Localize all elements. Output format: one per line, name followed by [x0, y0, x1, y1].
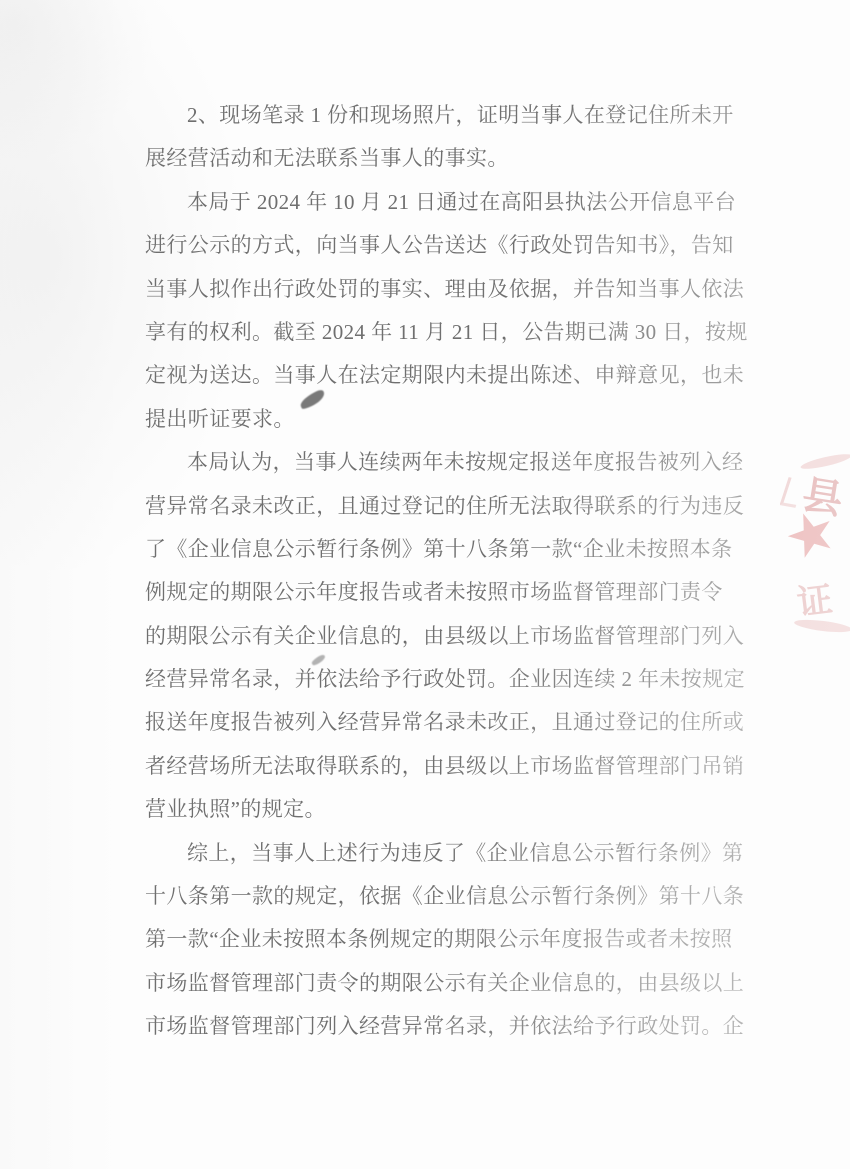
document-line: 市场监督管理部门责令的期限公示有关企业信息的，由县级以上: [145, 962, 757, 1005]
document-line: 本局于 2024 年 10 月 21 日通过在高阳县执法公开信息平台: [145, 181, 757, 224]
document-line: 本局认为，当事人连续两年未按规定报送年度报告被列入经: [145, 441, 757, 484]
document-line: 市场监督管理部门列入经营异常名录，并依法给予行政处罚。企: [145, 1005, 757, 1048]
document-line: 综上，当事人上述行为违反了《企业信息公示暂行条例》第: [145, 832, 757, 875]
document-line: 经营异常名录，并依法给予行政处罚。企业因连续 2 年未按规定: [145, 658, 757, 701]
seal-border-arc: [800, 452, 850, 472]
document-page: 2、现场笔录 1 份和现场照片，证明当事人在登记住所未开 展经营活动和无法联系当…: [0, 0, 850, 1169]
seal-county-character: 县: [799, 463, 847, 526]
document-line: 定视为送达。当事人在法定期限内未提出陈述、申辩意见，也未: [145, 354, 757, 397]
document-line: 的期限公示有关企业信息的，由县级以上市场监督管理部门列入: [145, 615, 757, 658]
document-line: 营业执照”的规定。: [145, 788, 757, 831]
document-line: 2、现场笔录 1 份和现场照片，证明当事人在登记住所未开: [145, 94, 757, 137]
document-line: 例规定的期限公示年度报告或者未按照市场监督管理部门责令: [145, 571, 757, 614]
document-line: 展经营活动和无法联系当事人的事实。: [145, 137, 757, 180]
document-line: 提出听证要求。: [145, 398, 757, 441]
document-line: 报送年度报告被列入经营异常名录未改正，且通过登记的住所或: [145, 701, 757, 744]
document-line: 了《企业信息公示暂行条例》第十八条第一款“企业未按照本条: [145, 528, 757, 571]
document-line: 当事人拟作出行政处罚的事实、理由及依据，并告知当事人依法: [145, 268, 757, 311]
document-text: 2、现场笔录 1 份和现场照片，证明当事人在登记住所未开 展经营活动和无法联系当…: [145, 94, 757, 1049]
document-line: 进行公示的方式，向当事人公告送达《行政处罚告知书》，告知: [145, 224, 757, 267]
document-line: 营异常名录未改正，且通过登记的住所无法取得联系的行为违反: [145, 485, 757, 528]
seal-zheng-character: 证: [794, 572, 835, 626]
seal-border-arc: [794, 618, 850, 635]
document-line: 十八条第一款的规定，依据《企业信息公示暂行条例》第十八条: [145, 875, 757, 918]
official-seal: 县 ★ 证: [780, 452, 850, 638]
seal-partial-glyph: [780, 477, 804, 508]
document-line: 享有的权利。截至 2024 年 11 月 21 日，公告期已满 30 日，按规: [145, 311, 757, 354]
document-line: 第一款“企业未按照本条例规定的期限公示年度报告或者未按照: [145, 918, 757, 961]
document-line: 者经营场所无法取得联系的，由县级以上市场监督管理部门吊销: [145, 745, 757, 788]
star-icon: ★: [780, 499, 845, 571]
